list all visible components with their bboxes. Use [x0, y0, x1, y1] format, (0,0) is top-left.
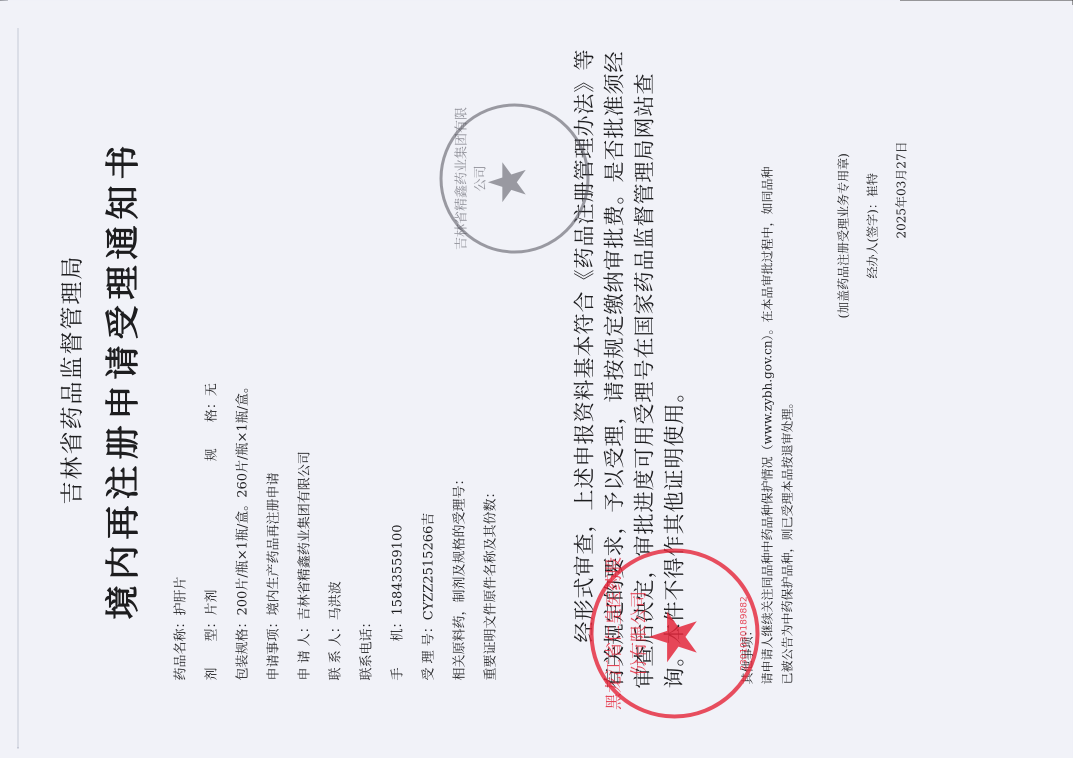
- seal-note: (加盖药品注册受理业务专用章): [835, 153, 852, 318]
- field-dosage-form: 剂 型：片剂 规 格：无: [197, 41, 228, 681]
- field-acceptance-no: 受 理 号：CYZZ2515266吉: [414, 41, 445, 681]
- issue-date: 2025年03月27日: [893, 141, 910, 238]
- field-matter: 申请事项：境内生产药品再注册申请: [259, 41, 290, 681]
- field-spec: 无: [205, 383, 220, 396]
- other-line-1: 请申请人继续关注同品种中药品种保护情况（www.zybh.gov.cn）。在本品…: [758, 45, 778, 685]
- red-company-seal: 黑龙江省仁皇医药股份有限公司 ★ 2301030189882: [590, 549, 760, 719]
- field-mobile: 手 机：15843559100: [383, 41, 414, 681]
- field-contact: 联 系 人：马洪波: [321, 41, 352, 681]
- handler-signature: 经办人(签字)：崔特: [864, 173, 881, 278]
- document-title: 境内再注册申请受理通知书: [96, 1, 145, 758]
- field-package: 包装规格：200片/瓶×1瓶/盒。260片/瓶×1瓶/盒。: [228, 41, 259, 681]
- field-applicant: 申 请 人：吉林省精鑫药业集团有限公司: [290, 41, 321, 681]
- grey-company-seal: 吉林省精鑫药业集团有限公司 ★: [440, 104, 590, 254]
- field-spec-label: 规 格：: [205, 396, 220, 461]
- field-phone: 联系电话：: [352, 41, 383, 681]
- notice-page: 吉林省药品监督管理局 境内再注册申请受理通知书 药品名称：护肝片 剂 型：片剂 …: [0, 1, 1073, 758]
- fax-header-line: [18, 29, 19, 749]
- other-line-2: 已被公告为中药保护品种，则已受理本品按退审处理。: [778, 45, 798, 685]
- star-icon: ★: [642, 607, 708, 666]
- agency-name: 吉林省药品监督管理局: [54, 1, 87, 758]
- star-icon: ★: [483, 159, 535, 206]
- field-drug-name: 药品名称：护肝片: [166, 41, 197, 681]
